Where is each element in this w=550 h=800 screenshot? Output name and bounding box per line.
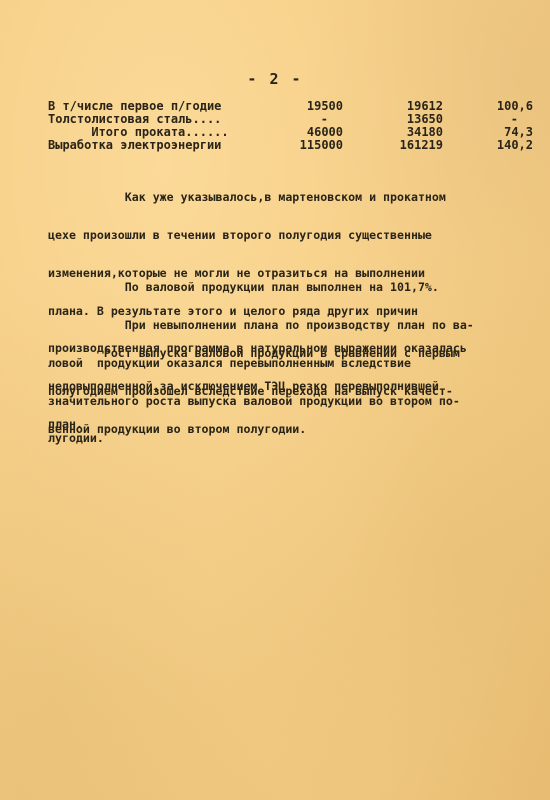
percent-value: 140,2: [497, 139, 533, 152]
text-line: Рост выпуска валовой продукции в сравнен…: [48, 347, 538, 360]
table-row: Выработка электроэнергии 115000 161219 1…: [48, 139, 533, 152]
text-line: По валовой продукции план выполнен на 10…: [48, 281, 538, 294]
text-line: полугодием произошел вследствие перехода…: [48, 385, 538, 398]
page-number: - 2 -: [0, 70, 550, 88]
paragraph-3: Рост выпуска валовой продукции в сравнен…: [48, 322, 538, 448]
text-line: Как уже указывалось,в мартеновском и про…: [48, 191, 538, 204]
production-table: В т/числе первое п/годие 19500 19612 100…: [48, 100, 533, 152]
text-line: венной продукции во втором полугодии.: [48, 423, 538, 436]
actual-value: 161219: [400, 139, 443, 152]
text-line: цехе произошли в течении второго полугод…: [48, 229, 538, 242]
plan-value: 115000: [300, 139, 343, 152]
row-label: Выработка электроэнергии: [48, 139, 221, 152]
